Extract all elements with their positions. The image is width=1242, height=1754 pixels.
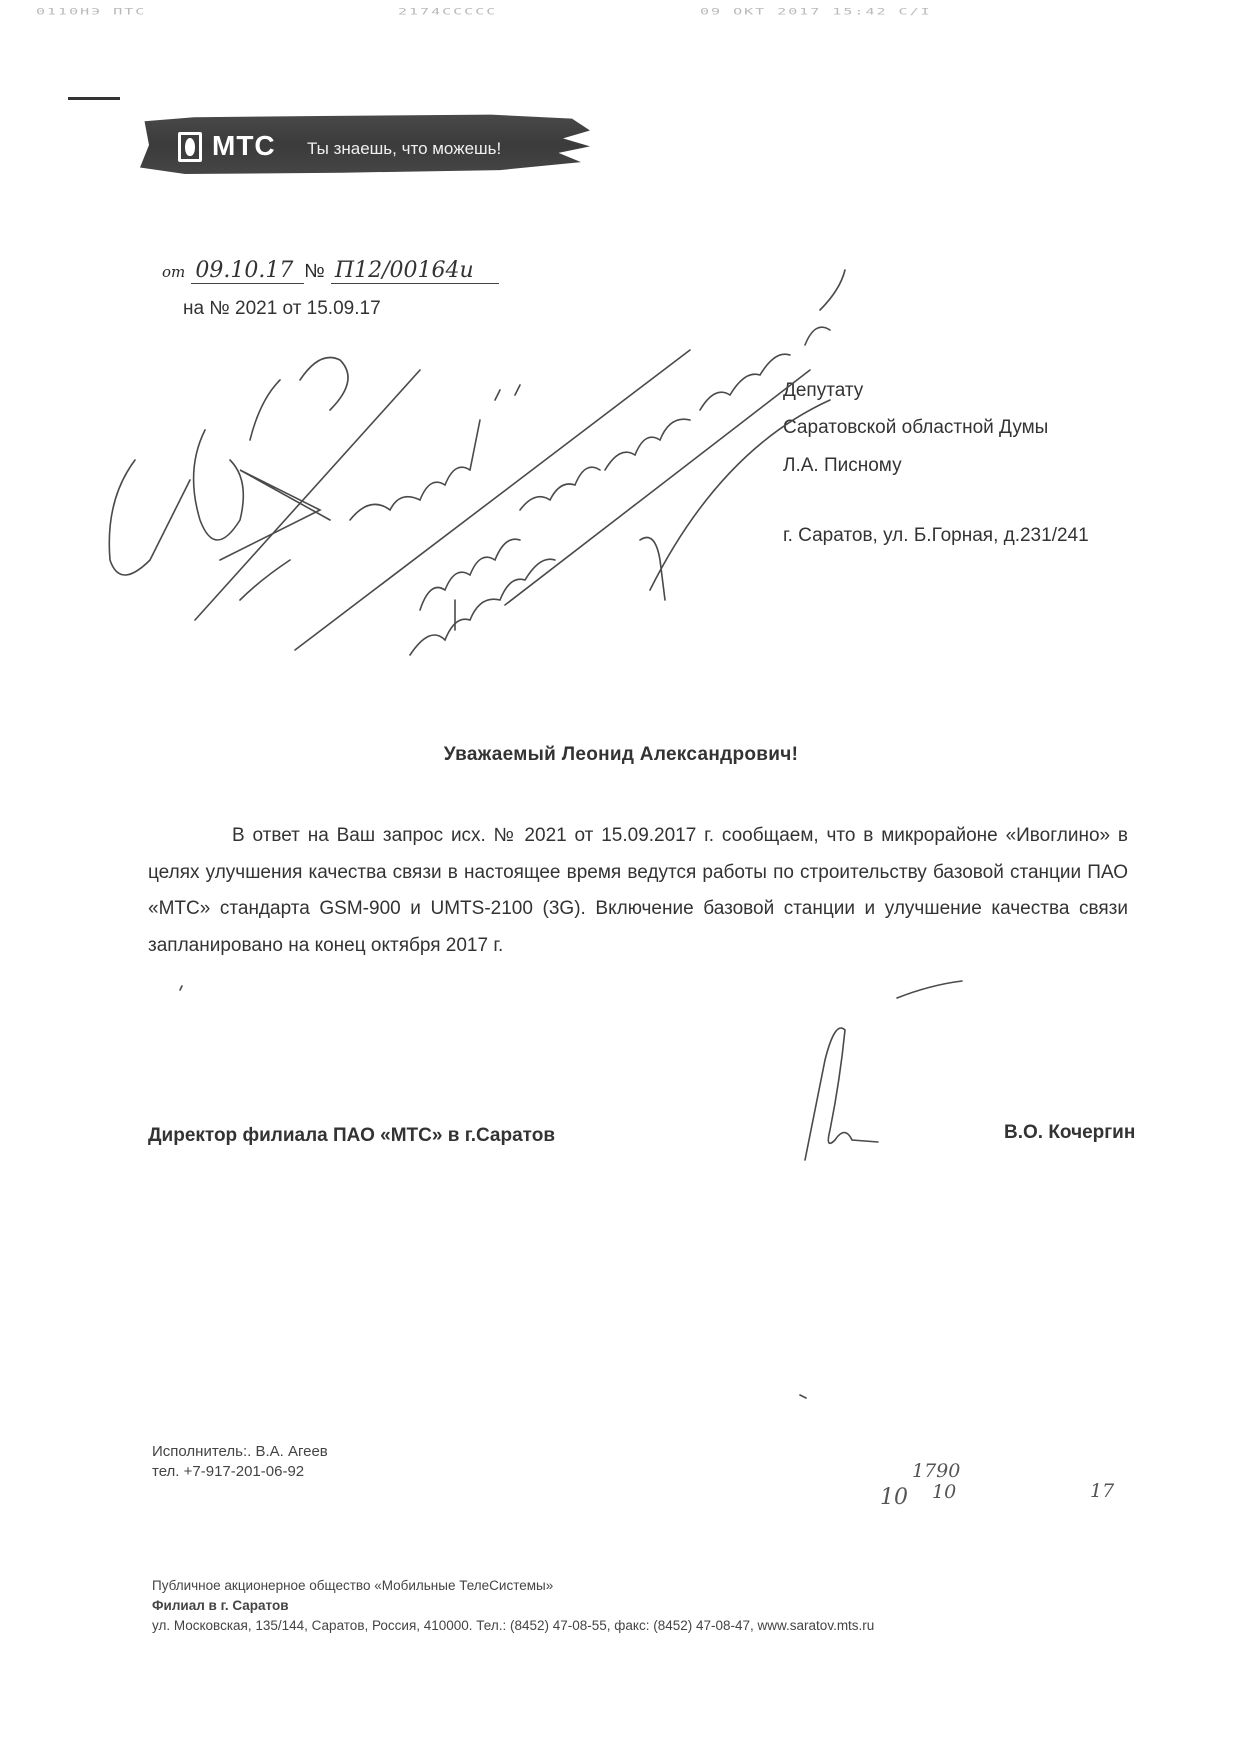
brand-slogan: Ты знаешь, что можешь! [307, 139, 501, 159]
addressee-position: Депутату [783, 380, 863, 402]
scan-mark [68, 97, 120, 100]
outgoing-reference: от 09.10.17№ П12/00164и [162, 257, 499, 284]
letter-body: В ответ на Ваш запрос исх. № 2021 от 15.… [148, 818, 1128, 964]
number-label: № [304, 261, 324, 282]
reply-to-reference: на № 2021 от 15.09.17 [183, 298, 381, 320]
salutation: Уважаемый Леонид Александрович! [0, 744, 1242, 766]
outgoing-date: 09.10.17 [195, 258, 293, 283]
addressee-organization: Саратовской областной Думы [783, 417, 1048, 439]
mts-egg-logo-icon [178, 132, 202, 162]
fax-sender: 0110НЭ ПТС [36, 6, 146, 17]
executor-phone: тел. +7-917-201-06-92 [152, 1463, 304, 1480]
outgoing-number: П12/00164и [335, 258, 474, 283]
footer-company: Публичное акционерное общество «Мобильны… [152, 1578, 553, 1593]
registration-number: 1790 [912, 1460, 960, 1482]
footer-contacts: ул. Московская, 135/144, Саратов, Россия… [152, 1618, 874, 1633]
signatory-title: Директор филиала ПАО «МТС» в г.Саратов [148, 1125, 555, 1147]
registration-day: 10 [880, 1485, 908, 1510]
fax-timestamp: 09 OKT 2017 15:42 C/I [700, 6, 932, 17]
registration-year: 17 [1090, 1480, 1114, 1502]
registration-month: 10 [932, 1481, 956, 1503]
signatory-name: В.О. Кочергин [1004, 1122, 1135, 1144]
fax-number: 2174ССССС [398, 6, 497, 17]
addressee-address: г. Саратов, ул. Б.Горная, д.231/241 [783, 525, 1089, 547]
addressee-name: Л.А. Писному [783, 455, 902, 477]
date-prefix: от [162, 263, 185, 281]
brand-name: МТС [212, 130, 276, 162]
executor-name: Исполнитель:. В.А. Агеев [152, 1443, 328, 1460]
footer-branch: Филиал в г. Саратов [152, 1598, 289, 1613]
